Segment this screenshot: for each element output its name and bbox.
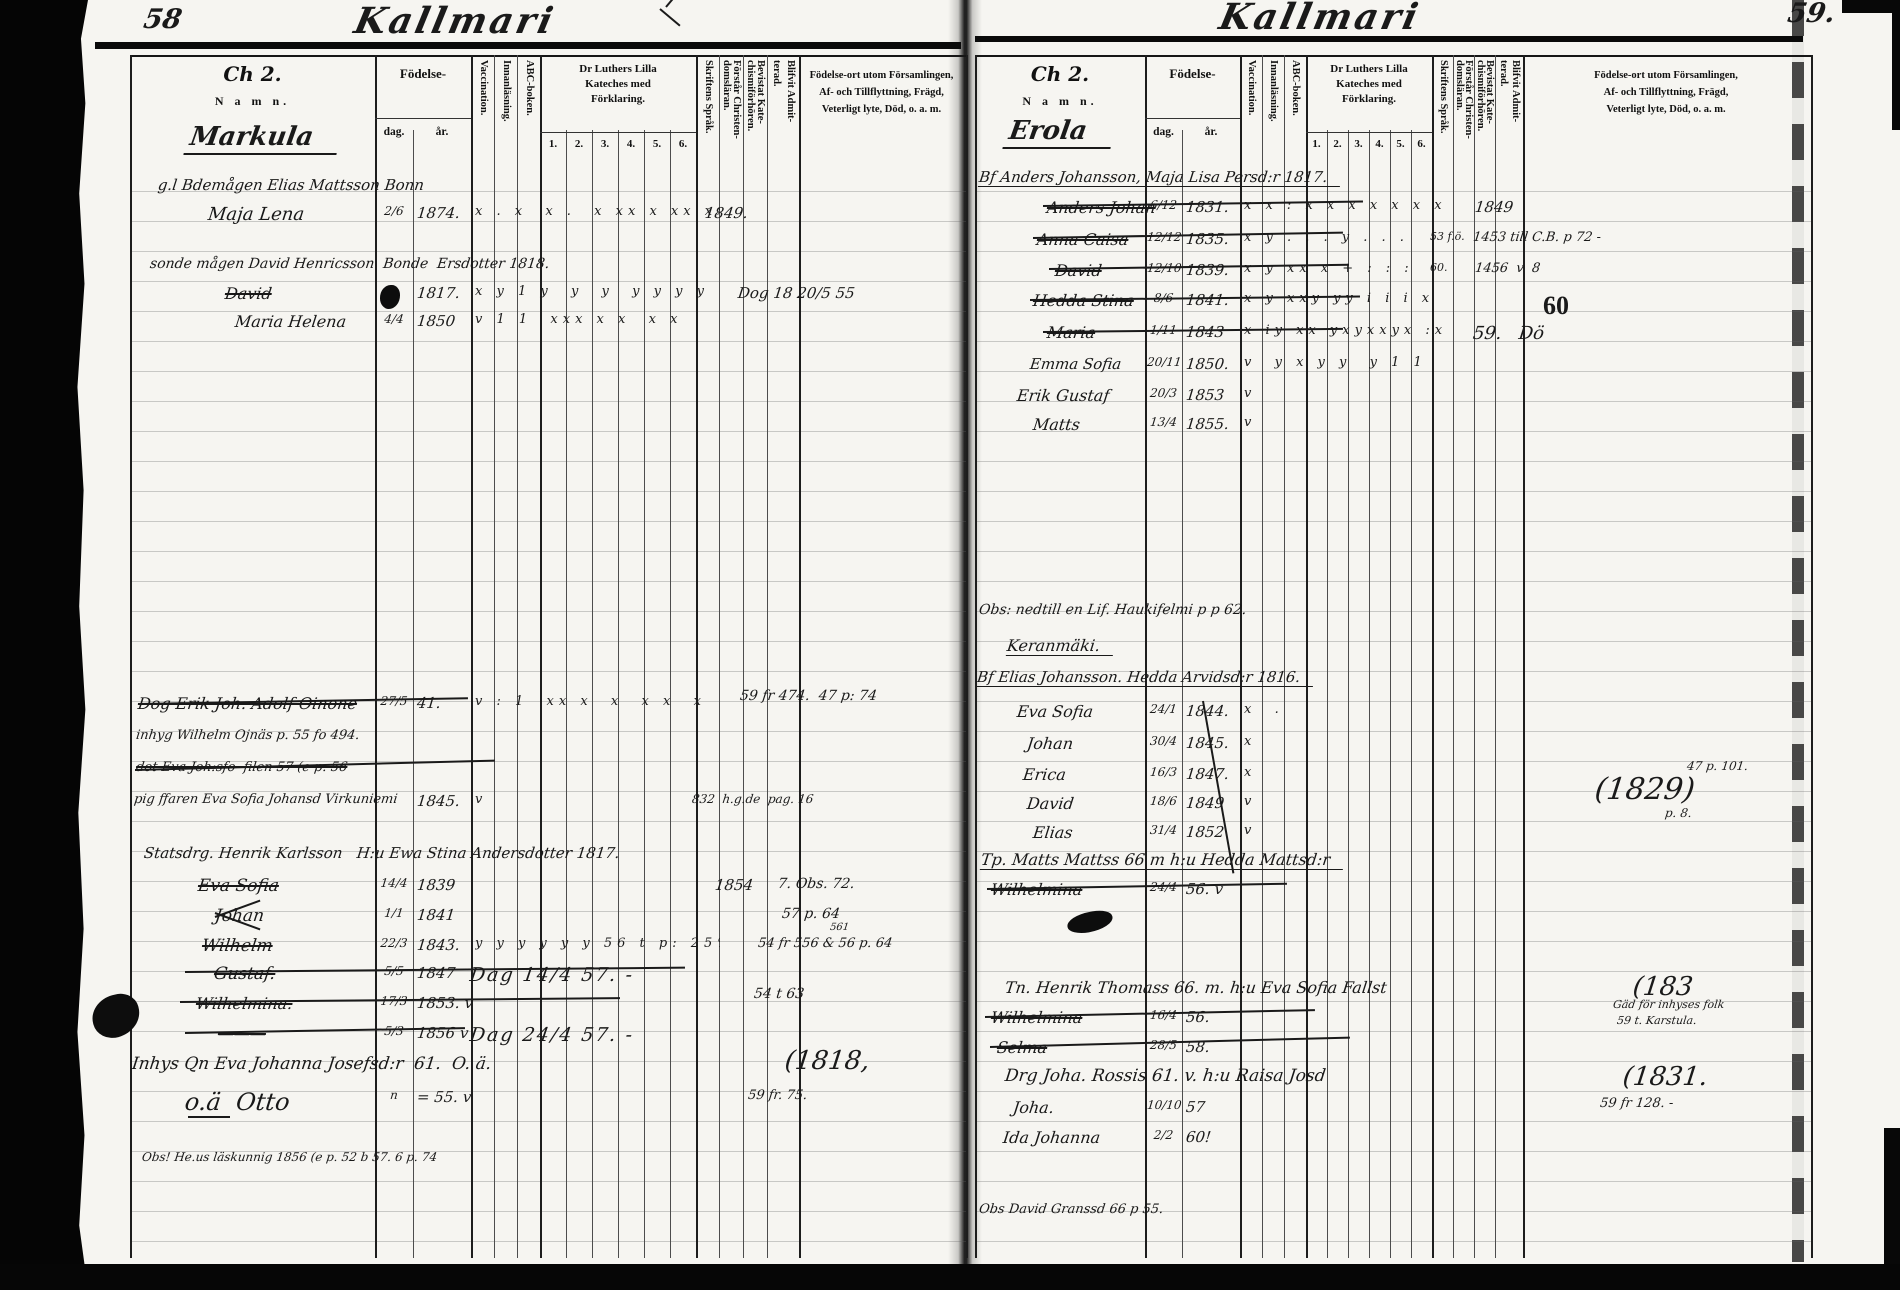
birth-day: 18/6 <box>1146 794 1180 808</box>
column-header-catechism-4: 4. <box>618 138 644 150</box>
birth-year: 41. <box>416 694 442 712</box>
birth-day: 2/6 <box>376 204 411 218</box>
margin-note: 60. <box>1430 261 1448 274</box>
column-header-understands: Förstår Christen- domsläran. <box>721 60 741 156</box>
birth-year: 1839. <box>1185 261 1230 279</box>
name-text: David <box>1054 261 1103 280</box>
birth-subheader-line <box>1145 118 1240 119</box>
birth-year: 1831. <box>1185 198 1230 216</box>
scan-right-edge-top <box>1892 0 1900 130</box>
column-line <box>375 55 377 1258</box>
birth-day: 1/1 <box>376 906 411 920</box>
name-text: Matts <box>1032 415 1081 434</box>
birth-day: 16/3 <box>1146 765 1180 779</box>
column-header-remarks: Födelse-ort utom Församlingen, Af- och T… <box>1527 68 1805 118</box>
column-line <box>767 55 768 1258</box>
column-header-vaccination: Vaccination. <box>473 60 493 156</box>
name-text: Eva Sofia <box>197 876 280 896</box>
admission-year: 1849 <box>1474 198 1514 216</box>
birth-day: 10/10 <box>1146 1098 1180 1112</box>
birth-day: 24/1 <box>1146 702 1180 716</box>
birth-year: = 55. v <box>416 1088 472 1106</box>
birth-year: 56. v <box>1185 880 1224 898</box>
birth-year: 60! <box>1185 1128 1212 1146</box>
birth-day: 31/4 <box>1146 823 1180 837</box>
column-header-birth-day: dag. <box>375 126 413 138</box>
progress-marks: v <box>1244 415 1456 430</box>
column-line <box>1811 55 1813 1258</box>
name-text: Gustaf. <box>213 964 277 984</box>
name-text: Bf Elias Johansson. Hedda Arvidsd:r 1816… <box>976 668 1316 687</box>
column-header-catechism: Dr Luthers Lilla Kateches med Förklaring… <box>540 62 696 107</box>
catechism-subheader-line <box>1306 132 1432 133</box>
name-text: Bf Anders Johansson, Maja Lisa Persd:r 1… <box>978 168 1343 187</box>
column-header-birth-day: dag. <box>1145 126 1182 138</box>
birth-day: 28/5 <box>1146 1038 1180 1052</box>
birth-day: 16/4 <box>1146 1008 1180 1022</box>
column-header-attended: Bevistat Kate- chismiförhören. <box>1476 60 1494 156</box>
birth-year: 1847. <box>1185 765 1230 783</box>
remark-note: 59. Dö <box>1472 323 1546 344</box>
name-text: Keranmäki. <box>1006 636 1116 656</box>
birth-year: 1817. <box>416 284 461 302</box>
birth-year: 1844. <box>1185 702 1230 720</box>
birth-day: 13/4 <box>1146 415 1180 429</box>
remark-note: (1818, <box>783 1046 871 1076</box>
progress-marks: x . x x . x xx x xx xx <box>475 204 720 219</box>
birth-day: n <box>376 1088 411 1102</box>
birth-year: 1847 <box>416 964 456 982</box>
pen-stroke <box>665 0 683 8</box>
column-header-number: Ch 2. <box>130 62 375 86</box>
remark-note: 54 t 63 <box>753 986 805 1002</box>
column-line <box>799 55 801 1258</box>
pen-stroke <box>659 8 680 26</box>
remark-note: p. 8. <box>1664 806 1692 820</box>
remark-note: Gäd för inhyses folk <box>1612 998 1725 1011</box>
name-text: Tn. Henrik Thomass 66. m. h:u Eva Sofia … <box>1004 978 1388 997</box>
birth-day: 5/3 <box>376 1024 411 1038</box>
remark-note: 832 h.g.de pag. 16 <box>691 792 814 806</box>
table-top-border <box>130 55 966 57</box>
birth-day: 20/3 <box>1146 386 1180 400</box>
column-header-vaccination: Vaccination. <box>1242 60 1261 156</box>
birth-year: 1850. <box>1185 355 1230 373</box>
column-header-reading: Innanläsning. <box>496 60 516 156</box>
column-line <box>743 55 744 1258</box>
remark-note: (1829) <box>1593 772 1697 807</box>
mid-note: Dag 24/4 57. - <box>468 1024 635 1046</box>
right-page: 59. Kallmari Erola Ch 2.N a m n.Födelse-… <box>975 0 1811 1262</box>
name-text: Elias <box>1032 823 1074 842</box>
birth-year: 1853. v <box>416 994 474 1012</box>
name-text: Obs: nedtill en Lif. Haukifelmi p p 62. <box>978 602 1247 618</box>
column-header-admitted: Blifvit Admit- terad. <box>1497 60 1521 156</box>
birth-day: 30/4 <box>1146 734 1180 748</box>
column-header-catechism: Dr Luthers Lilla Kateches med Förklaring… <box>1306 62 1432 107</box>
birth-year: 1874. <box>416 204 461 222</box>
name-text: sonde mågen David Henricsson Bonde Ersdo… <box>149 256 550 272</box>
progress-marks: v : 1 xx x x x x x <box>475 694 720 709</box>
margin-note: 53 f.ö. <box>1430 230 1465 243</box>
birth-year: 1843 <box>1185 323 1225 341</box>
birth-day: 2/2 <box>1146 1128 1180 1142</box>
name-text: Emma Sofia <box>1029 355 1123 373</box>
birth-year: 1843. <box>416 936 461 954</box>
name-text: Maja Lena <box>207 204 306 225</box>
column-line <box>517 55 518 1258</box>
name-text: inhyg Wilhelm Ojnäs p. 55 fo 494. <box>135 728 360 743</box>
admission-year: 1849. <box>704 204 749 222</box>
name-text: Erik Gustaf <box>1016 386 1111 405</box>
birth-year: 1853 <box>1185 386 1225 404</box>
scan-bottom-bar <box>0 1264 1900 1290</box>
remark-note: 1456 v 8 <box>1474 261 1541 276</box>
birth-subheader-line <box>375 118 471 119</box>
column-header-scripture: Skriftens Språk. <box>1434 60 1452 156</box>
remark-note: 60 <box>1543 291 1569 321</box>
progress-marks: y y y y y y 56 t p: 25% <box>475 936 720 951</box>
admission-year: 1854 <box>714 876 754 894</box>
remark-note: 59 fr 128. - <box>1599 1096 1674 1111</box>
column-line <box>130 55 132 1258</box>
name-text: Anders Johan <box>1046 198 1157 217</box>
column-header-understands: Förstår Christen- domsläran. <box>1455 60 1473 156</box>
remark-note: Dog 18 20/5 55 <box>737 284 856 302</box>
column-line <box>719 55 720 1258</box>
column-header-number: Ch 2. <box>975 62 1145 86</box>
column-header-reading: Innanläsning. <box>1264 60 1283 156</box>
column-line <box>471 55 473 1258</box>
column-header-attended: Bevistat Kate- chismiförhören. <box>745 60 765 156</box>
birth-day: 27/5 <box>376 694 411 708</box>
left-page: 58 Kallmari Markula Ch 2.N a m n.Födelse… <box>130 0 966 1262</box>
table-top-border <box>975 55 1811 57</box>
scanned-church-record-spread: 58 Kallmari Markula Ch 2.N a m n.Födelse… <box>0 0 1900 1290</box>
progress-marks: v <box>1244 386 1456 401</box>
name-text: Obs David Granssd 66 p 55. <box>978 1202 1164 1217</box>
birth-year: 1839 <box>416 876 456 894</box>
record-table: Ch 2.N a m n.Födelse-dag.år.Vaccination.… <box>975 0 1811 1262</box>
name-text: Wilhelm <box>201 936 274 956</box>
column-header-catechism-4: 4. <box>1369 138 1390 150</box>
column-line <box>413 130 414 1258</box>
column-header-admitted: Blifvit Admit- terad. <box>769 60 797 156</box>
name-text: David <box>224 284 273 303</box>
birth-year: 1850 <box>416 312 456 330</box>
progress-marks: x y 1 y y y y y y y <box>475 284 720 299</box>
name-text: Statsdrg. Henrik Karlsson H:u Ewa Stina … <box>143 844 621 862</box>
birth-day: 22/3 <box>376 936 411 950</box>
remark-note: 561 <box>829 922 849 933</box>
column-header-remarks: Födelse-ort utom Församlingen, Af- och T… <box>803 68 960 118</box>
birth-year: 1845. <box>416 792 461 810</box>
column-header-catechism-5: 5. <box>1390 138 1411 150</box>
remark-note: 59 t. Karstula. <box>1616 1014 1697 1027</box>
column-header-catechism-1: 1. <box>540 138 566 150</box>
column-header-abc: ABC-boken. <box>1286 60 1305 156</box>
progress-marks: v <box>1244 794 1456 809</box>
column-line <box>494 55 495 1258</box>
remark-note: 47 p. 101. <box>1686 759 1749 773</box>
remark-note: 59 fr. 75. <box>747 1088 808 1103</box>
name-text: Johan <box>1026 734 1075 753</box>
remark-note: 54 fr 556 & 56 p. 64 <box>757 936 893 951</box>
progress-marks: x <box>1244 734 1456 749</box>
column-line <box>540 55 542 1258</box>
remark-note: 57 p. 64 <box>781 906 841 922</box>
column-line <box>966 55 968 1258</box>
column-header-catechism-3: 3. <box>592 138 618 150</box>
remark-note: (1831. <box>1621 1062 1709 1092</box>
name-text: pig ffaren Eva Sofia Johansd Virkuniemi <box>133 792 398 807</box>
birth-year: 57 <box>1185 1098 1206 1116</box>
column-header-catechism-5: 5. <box>644 138 670 150</box>
column-header-birth-year: år. <box>413 126 471 138</box>
column-header-catechism-6: 6. <box>670 138 696 150</box>
record-table: Ch 2.N a m n.Födelse-dag.år.Vaccination.… <box>130 0 966 1262</box>
column-header-catechism-6: 6. <box>1411 138 1432 150</box>
name-text: Maria Helena <box>234 312 348 331</box>
progress-marks: v y x y y y 1 1 <box>1244 355 1456 370</box>
column-header-catechism-3: 3. <box>1348 138 1369 150</box>
column-header-scripture: Skriftens Språk. <box>698 60 718 156</box>
column-header-name: N a m n. <box>130 94 375 109</box>
name-text: o.ä Otto <box>183 1088 291 1116</box>
name-text: Obs! He.us läskunnig 1856 (e p. 52 b 57.… <box>141 1150 438 1164</box>
progress-marks: v 1 1 xxx x x x x <box>475 312 720 327</box>
birth-year: 1841 <box>416 906 456 924</box>
name-text: Eva Sofia <box>1016 702 1094 721</box>
birth-day: 14/4 <box>376 876 411 890</box>
column-header-name: N a m n. <box>975 94 1145 109</box>
name-text: Drg Joha. Rossis 61. v. h:u Raisa Josd <box>1004 1066 1327 1086</box>
birth-day: 12/12 <box>1146 230 1180 244</box>
birth-year: 1841. <box>1185 291 1230 309</box>
column-header-catechism-1: 1. <box>1306 138 1327 150</box>
name-text: ——— <box>217 1024 267 1043</box>
progress-marks: v <box>1244 823 1456 838</box>
remark-note: 59 fr 474. 47 p: 74 <box>739 688 878 704</box>
name-text: Anna Caisa <box>1036 230 1130 249</box>
pen-stroke <box>188 1116 230 1118</box>
progress-marks: x y xx x + : : : <box>1244 261 1456 276</box>
birth-day: 4/4 <box>376 312 411 326</box>
column-header-birth-year: år. <box>1182 126 1240 138</box>
name-text: g.l Bdemågen Elias Mattsson Bonn <box>157 176 425 194</box>
progress-marks: v <box>475 792 720 807</box>
name-text: Tp. Matts Mattss 66 m h:u Hedda Mattsd:r <box>980 850 1346 870</box>
remark-note: 1453 till C.B. p 72 - <box>1472 230 1602 245</box>
birth-year: 1855. <box>1185 415 1230 433</box>
progress-marks: x . <box>1244 702 1456 717</box>
column-header-catechism-2: 2. <box>566 138 592 150</box>
column-header-abc: ABC-boken. <box>519 60 539 156</box>
column-line <box>696 55 698 1258</box>
progress-marks: x y xxy yy i i i x <box>1244 291 1456 306</box>
column-header-birth: Födelse- <box>375 66 471 82</box>
progress-marks: x <box>1244 765 1456 780</box>
column-header-catechism-2: 2. <box>1327 138 1348 150</box>
name-text: David <box>1026 794 1075 813</box>
column-header-birth: Födelse- <box>1145 66 1240 82</box>
name-text: Wilhelmina. <box>195 994 294 1013</box>
scan-left-margin-bar <box>0 0 88 1290</box>
name-text: Joha. <box>1012 1098 1055 1117</box>
name-text: Erica <box>1022 765 1067 784</box>
column-line <box>975 55 977 1258</box>
birth-day: 20/11 <box>1146 355 1180 369</box>
name-text: Inhys Qn Eva Johanna Josefsd:r 61. O. ä. <box>131 1054 493 1074</box>
birth-year: 1852 <box>1185 823 1225 841</box>
catechism-subheader-line <box>540 132 696 133</box>
remark-note: 7. Obs. 72. <box>777 876 856 892</box>
name-text: Ida Johanna <box>1002 1128 1102 1147</box>
